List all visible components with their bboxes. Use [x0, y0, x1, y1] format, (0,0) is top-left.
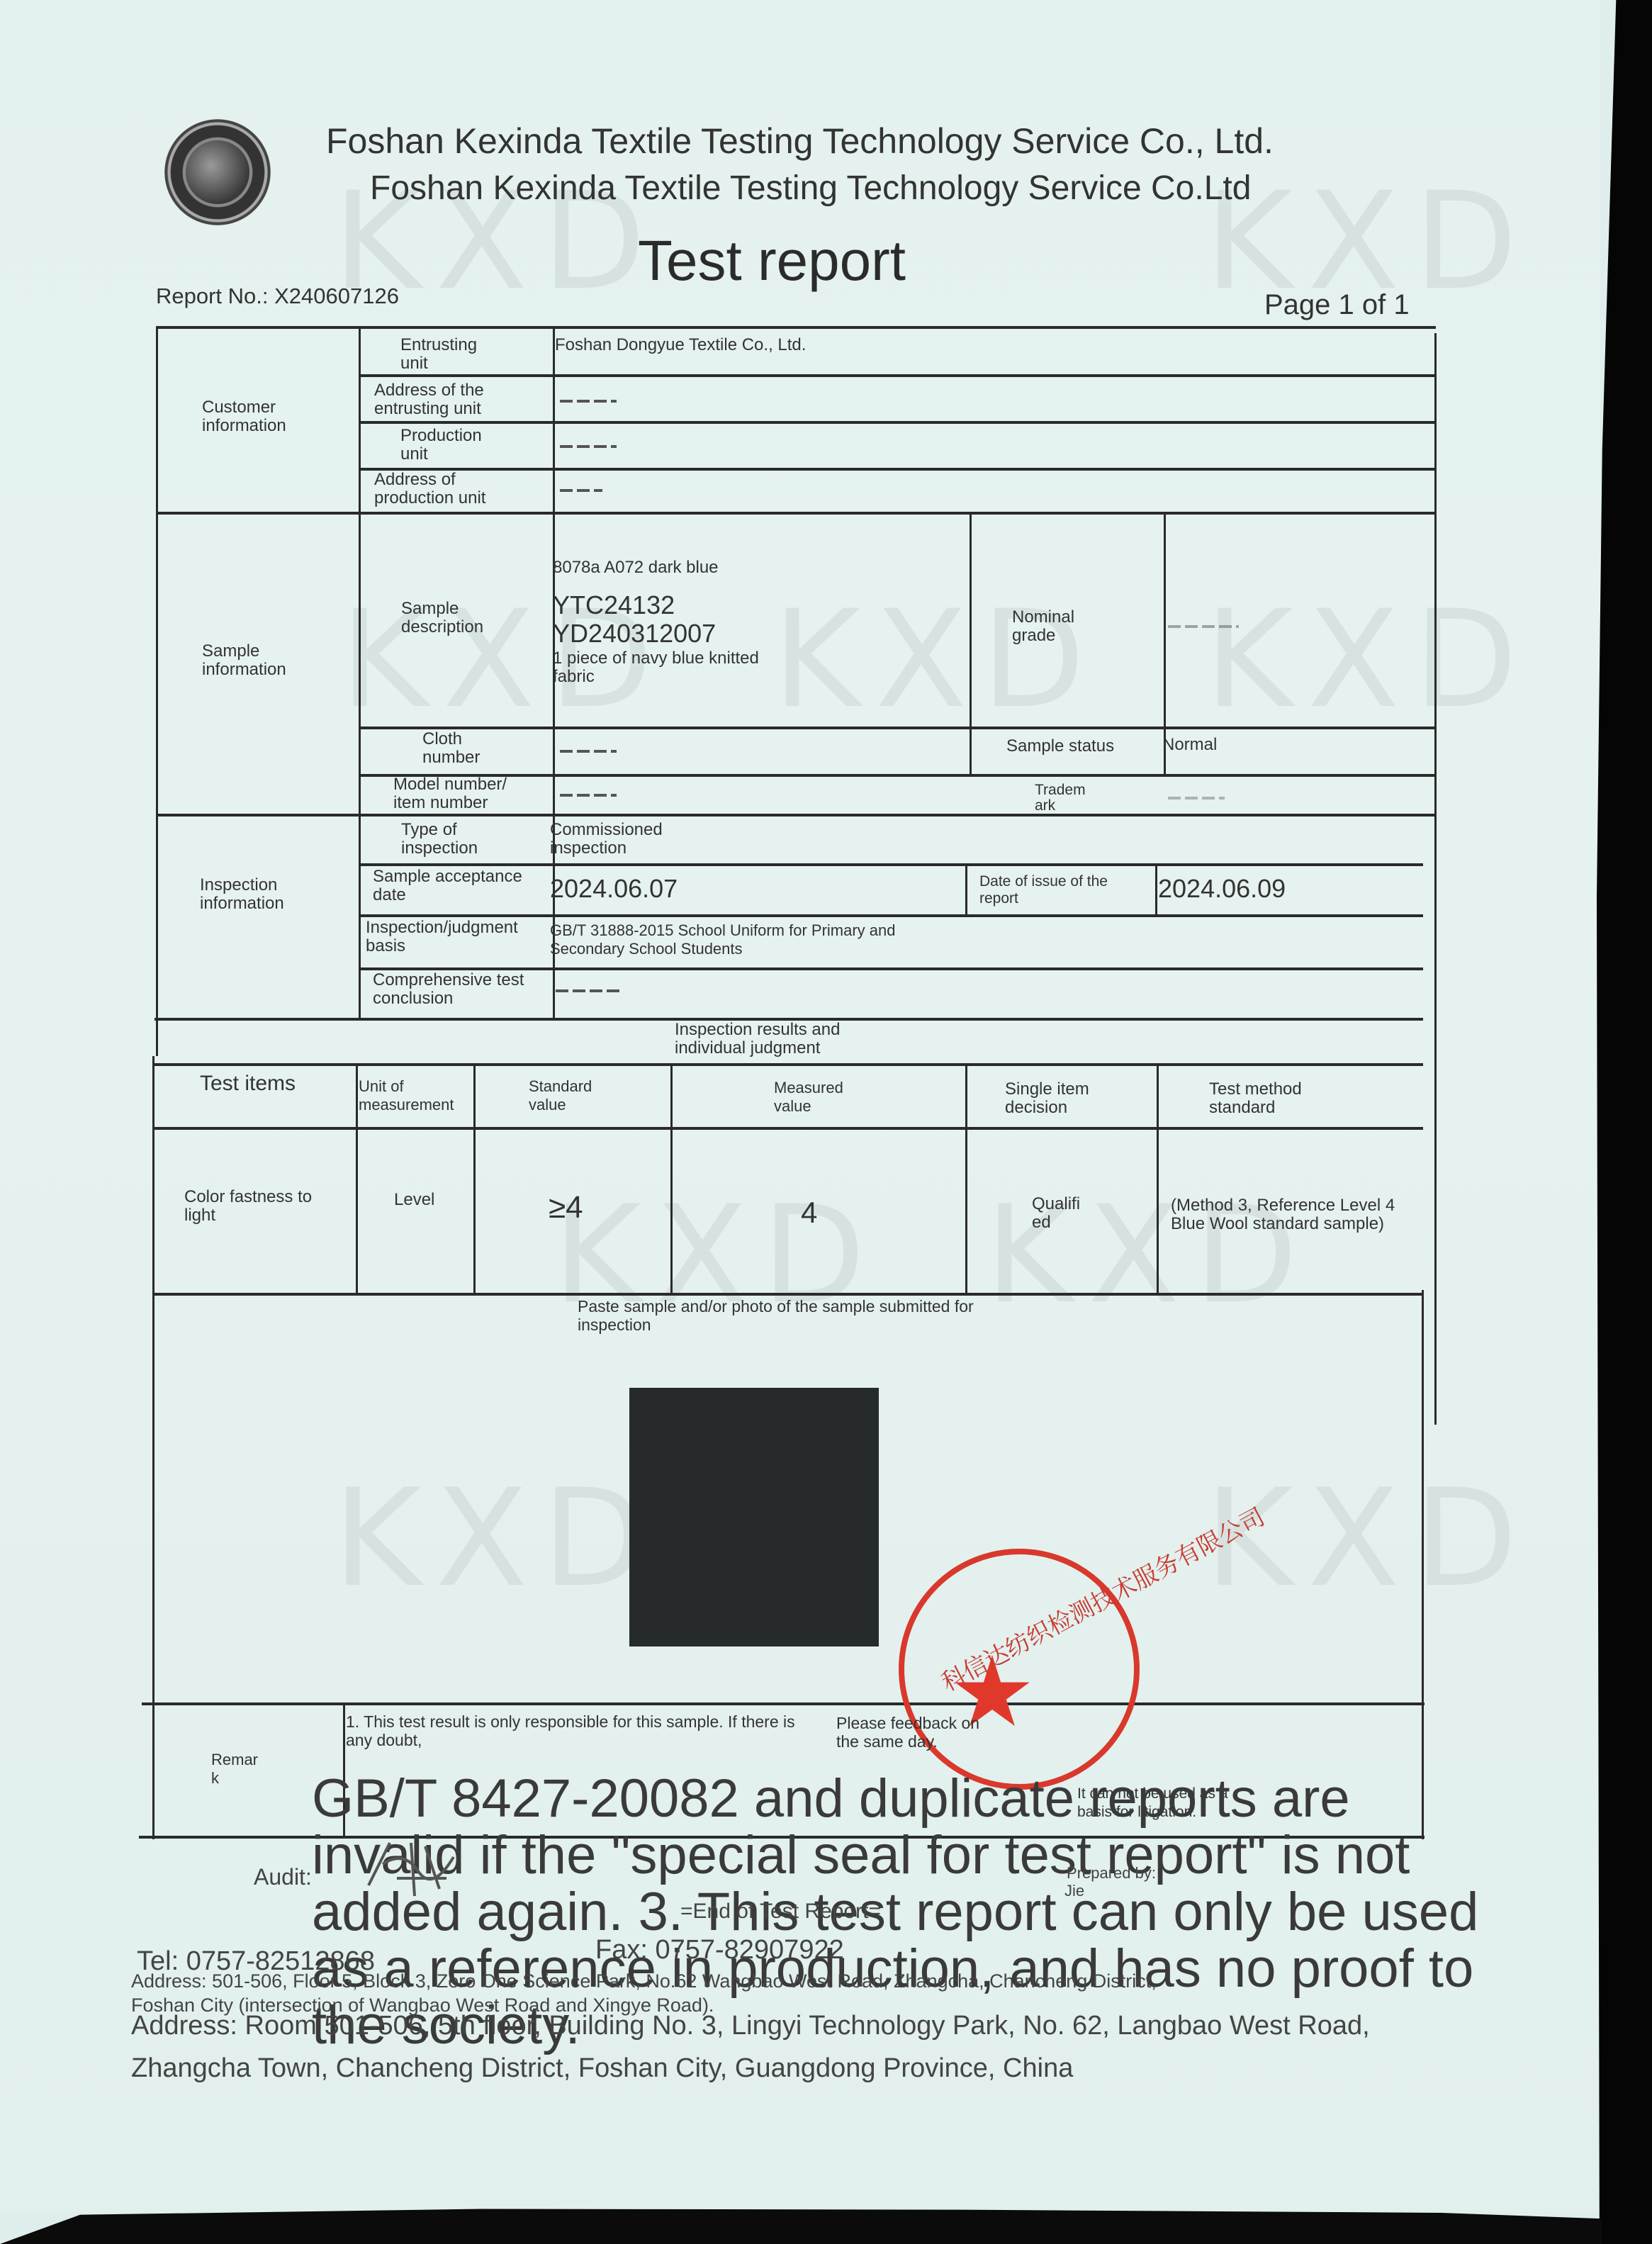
test-conclusion-label: Comprehensive test conclusion	[373, 971, 543, 1008]
issue-date-label: Date of issue of the report	[979, 873, 1142, 907]
customer-info-section-label: Customer information	[202, 398, 344, 435]
entrusting-unit-value: Foshan Dongyue Textile Co., Ltd.	[555, 336, 810, 354]
nominal-grade-label: Nominal grade	[1012, 608, 1104, 645]
standard-value-cell: ≥4	[549, 1191, 583, 1225]
sample-description-line: 1 piece of navy blue knitted fabric	[553, 649, 787, 686]
company-name-secondary: Foshan Kexinda Textile Testing Technolog…	[370, 169, 1251, 208]
sample-description-line: 8078a A072 dark blue	[553, 559, 719, 577]
remark-line-1: 1. This test result is only responsible …	[346, 1712, 807, 1749]
entrusting-unit-label: Entrusting unit	[400, 336, 493, 373]
production-unit-label: Production unit	[400, 427, 507, 464]
page-title: Test report	[638, 228, 906, 293]
production-unit-address-label: Address of production unit	[374, 471, 516, 507]
fax: Fax: 0757-82907922	[595, 1935, 844, 1965]
watermark: KXD	[772, 581, 1099, 738]
unit-cell: Level	[394, 1191, 434, 1209]
model-number-label: Model number/ item number	[393, 775, 521, 812]
trademark-value	[1168, 797, 1225, 800]
nominal-grade-value	[1168, 625, 1239, 628]
watermark: KXD	[1205, 581, 1532, 738]
acceptance-date-value: 2024.06.07	[550, 875, 678, 903]
page-indicator: Page 1 of 1	[1264, 289, 1410, 321]
sample-description-line: YD240312007	[553, 619, 716, 648]
sample-status-value: Normal	[1162, 736, 1217, 754]
document-page: KXD KXD KXD KXD KXD KXD KXD KXD KXD Fosh…	[0, 0, 1600, 2211]
remark-label: Remar k	[211, 1751, 268, 1788]
measured-value-cell: 4	[801, 1196, 817, 1229]
inspection-info-section-label: Inspection information	[200, 876, 342, 913]
inspection-type-value: Commissioned inspection	[550, 821, 692, 858]
issue-date-value: 2024.06.09	[1158, 875, 1286, 903]
cloth-number-label: Cloth number	[422, 730, 507, 767]
address-large: Address: Room 501-506, 5th floor, Buildi…	[131, 2004, 1378, 2089]
audit-label: Audit:	[254, 1864, 312, 1890]
column-header-method: Test method standard	[1209, 1080, 1315, 1117]
company-name-primary: Foshan Kexinda Textile Testing Technolog…	[326, 120, 1274, 162]
results-section-label: Inspection results and individual judgme…	[675, 1021, 859, 1058]
method-cell: (Method 3, Reference Level 4 Blue Wool s…	[1171, 1196, 1412, 1233]
sample-description-label: Sample description	[401, 600, 507, 636]
fabric-sample-swatch	[629, 1388, 879, 1646]
prepared-by-name: Jie	[1064, 1882, 1084, 1900]
report-number: Report No.: X240607126	[156, 284, 399, 309]
sample-description-line: YTC24132	[553, 591, 675, 619]
sample-status-label: Sample status	[1006, 737, 1162, 756]
remark-line-2: Please feedback on the same day.	[836, 1714, 1006, 1751]
test-conclusion-value	[556, 989, 619, 992]
sample-photo-label: Paste sample and/or photo of the sample …	[578, 1297, 1003, 1334]
auditor-signature	[361, 1836, 461, 1901]
production-unit-address-value	[560, 489, 602, 492]
prepared-by-label: Prepared by:	[1067, 1864, 1156, 1883]
entrusting-unit-address-label: Address of the entrusting unit	[374, 381, 516, 418]
judgment-basis-label: Inspection/judgment basis	[366, 919, 543, 955]
column-header-measured-value: Measured value	[774, 1079, 852, 1116]
entrusting-unit-address-value	[560, 400, 617, 403]
globe-emblem-icon	[164, 119, 271, 225]
column-header-unit: Unit of measurement	[359, 1077, 472, 1114]
decision-cell: Qualifi ed	[1032, 1195, 1081, 1232]
end-of-report: =End of Test Report=	[680, 1900, 881, 1924]
trademark-label: Tradem ark	[1035, 782, 1091, 814]
column-header-decision: Single item decision	[1005, 1080, 1111, 1117]
acceptance-date-label: Sample acceptance date	[373, 868, 536, 904]
watermark: KXD	[1205, 1460, 1532, 1617]
model-number-value	[560, 794, 617, 797]
paper-edge-shadow	[1597, 0, 1652, 2244]
sample-info-section-label: Sample information	[202, 642, 344, 679]
column-header-test-items: Test items	[200, 1075, 296, 1093]
judgment-basis-value: GB/T 31888-2015 School Uniform for Prima…	[550, 921, 933, 958]
production-unit-value	[560, 445, 617, 448]
watermark: KXD	[333, 1460, 660, 1617]
inspection-type-label: Type of inspection	[401, 821, 493, 858]
column-header-standard-value: Standard value	[529, 1077, 607, 1114]
cloth-number-value	[560, 750, 617, 753]
test-item-cell: Color fastness to light	[184, 1188, 340, 1225]
